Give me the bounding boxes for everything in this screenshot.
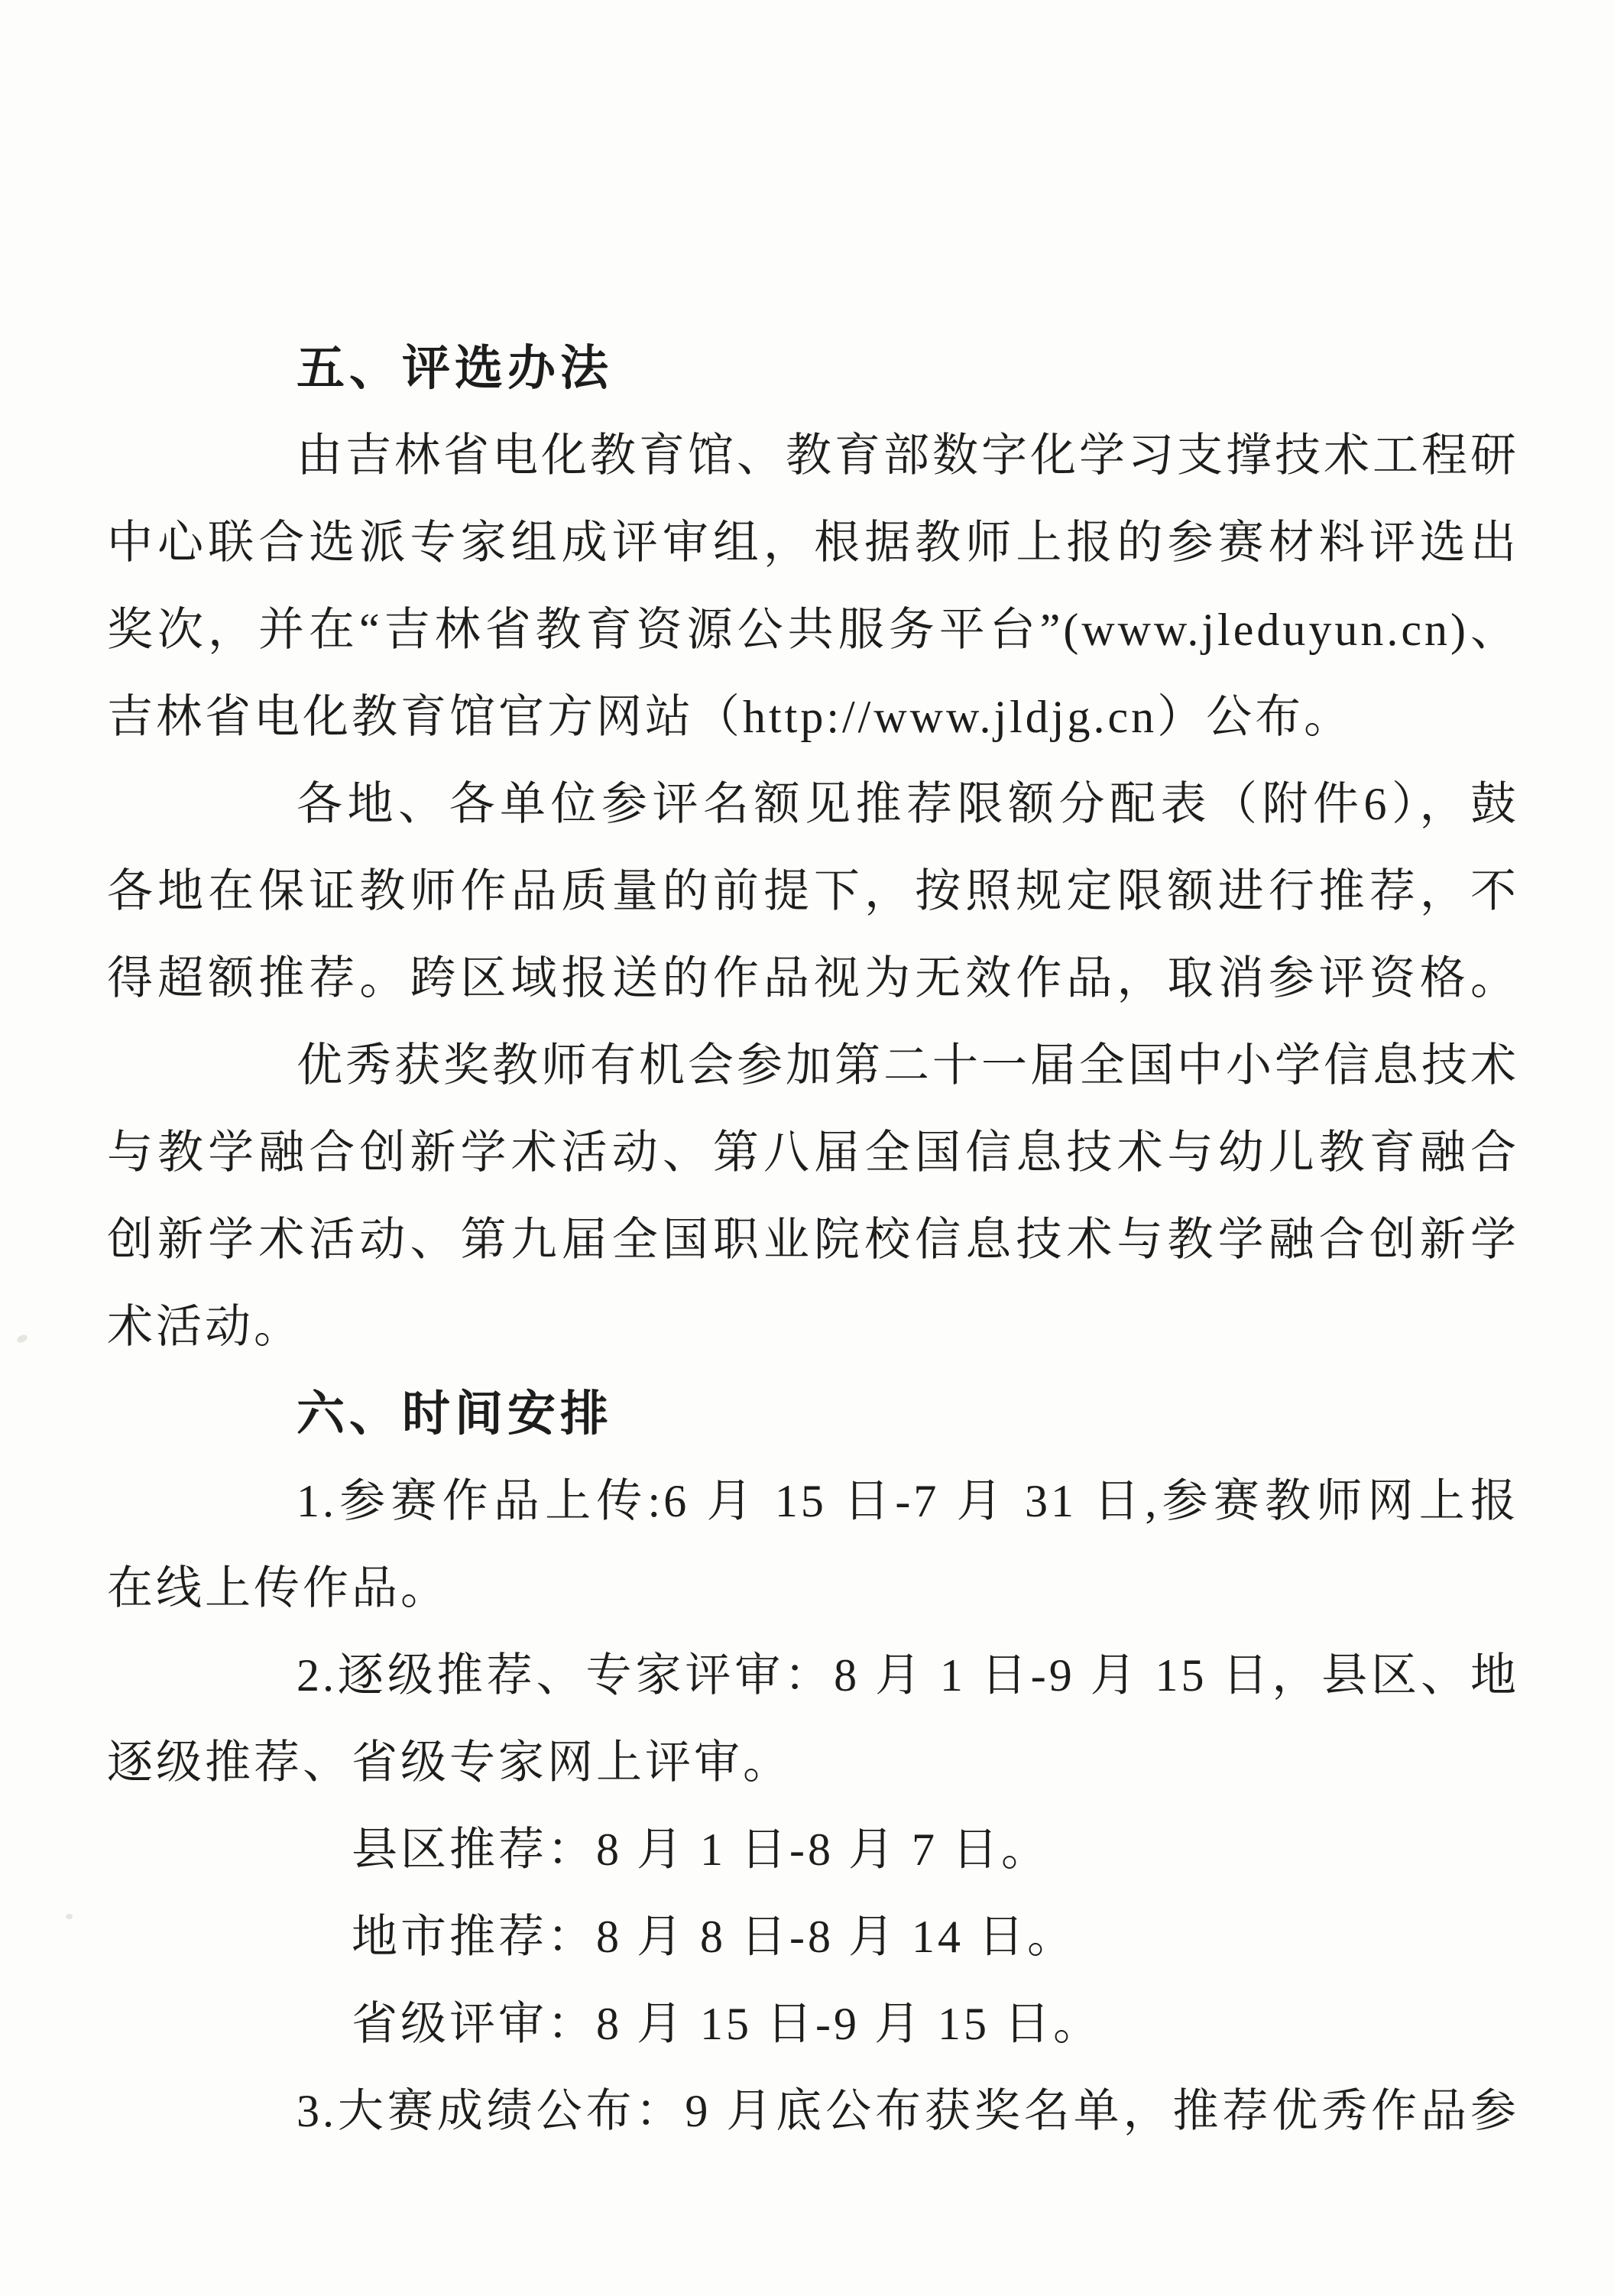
body-line: 中心联合选派专家组成评审组，根据教师上报的参赛材料评选出 [107,499,1519,586]
section-heading-schedule: 六、时间安排 [107,1370,1519,1458]
schedule-sub-item: 县区推荐：8 月 1 日-8 月 7 日。 [107,1806,1519,1893]
body-line: 各地、各单位参评名额见推荐限额分配表（附件6），鼓励 [107,760,1519,848]
scan-speck [16,1333,28,1344]
schedule-sub-item: 省级评审：8 月 15 日-9 月 15 日。 [107,1980,1519,2067]
body-line: 与教学融合创新学术活动、第八届全国信息技术与幼儿教育融合 [107,1109,1519,1196]
document-page: 五、评选办法 由吉林省电化教育馆、教育部数字化学习支撑技术工程研究 中心联合选派… [0,0,1614,2296]
schedule-sub-item: 地市推荐：8 月 8 日-8 月 14 日。 [107,1893,1519,1980]
body-line: 2.逐级推荐、专家评审：8 月 1 日-9 月 15 日，县区、地市 [107,1632,1519,1719]
document-text-block: 五、评选办法 由吉林省电化教育馆、教育部数字化学习支撑技术工程研究 中心联合选派… [107,325,1519,2155]
body-line: 得超额推荐。跨区域报送的作品视为无效作品，取消参评资格。 [107,935,1519,1022]
body-line: 由吉林省电化教育馆、教育部数字化学习支撑技术工程研究 [107,412,1519,499]
scan-speck [66,1914,73,1919]
body-line: 各地在保证教师作品质量的前提下，按照规定限额进行推荐，不 [107,848,1519,935]
body-line: 奖次，并在“吉林省教育资源公共服务平台”(www.jleduyun.cn)、 [107,586,1519,673]
section-heading-evaluation-method: 五、评选办法 [107,325,1519,412]
body-line: 1.参赛作品上传:6 月 15 日-7 月 31 日,参赛教师网上报名、 [107,1458,1519,1545]
body-line: 创新学术活动、第九届全国职业院校信息技术与教学融合创新学 [107,1196,1519,1283]
body-line: 吉林省电化教育馆官方网站（http://www.jldjg.cn）公布。 [107,673,1519,760]
body-line: 3.大赛成绩公布：9 月底公布获奖名单，推荐优秀作品参加 [107,2067,1519,2155]
body-line: 术活动。 [107,1283,1519,1370]
body-line: 逐级推荐、省级专家网上评审。 [107,1719,1519,1806]
body-line: 在线上传作品。 [107,1545,1519,1632]
body-line: 优秀获奖教师有机会参加第二十一届全国中小学信息技术 [107,1022,1519,1109]
